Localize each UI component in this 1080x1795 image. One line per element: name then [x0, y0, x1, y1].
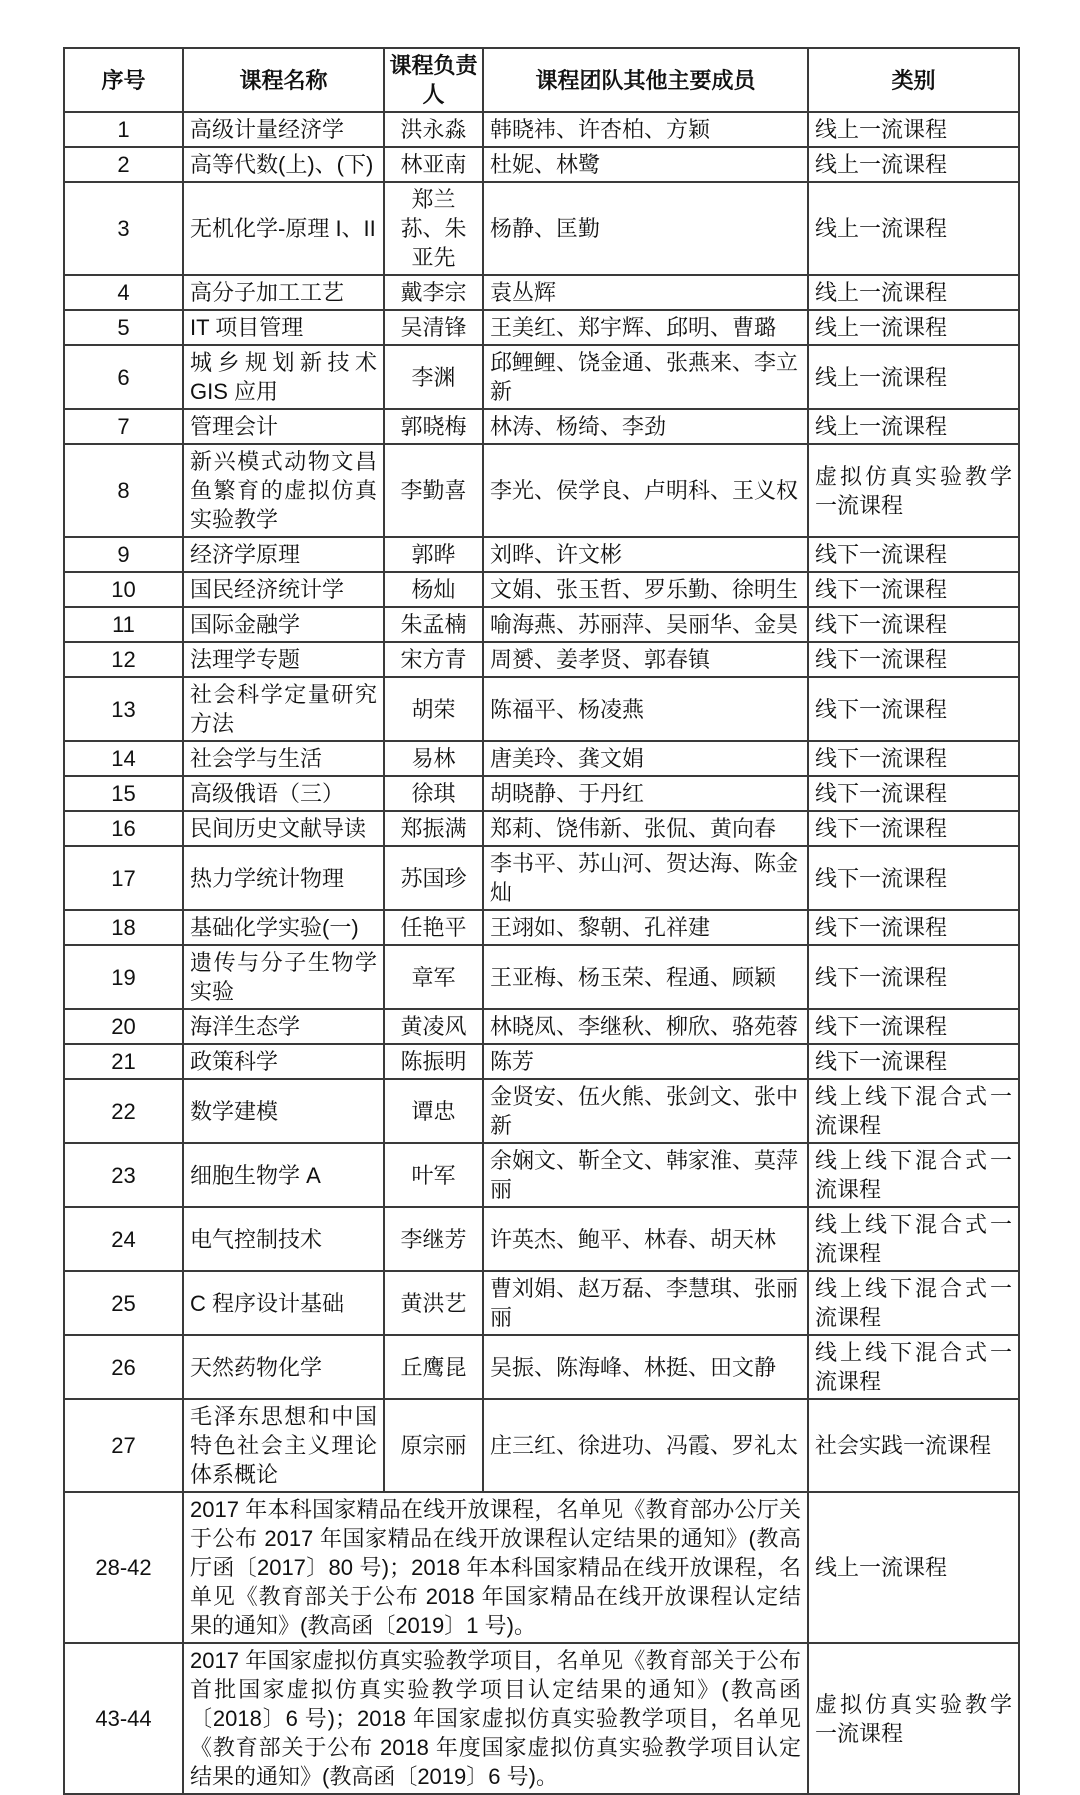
members-cell: 曹刘娟、赵万磊、李慧琪、张丽丽 [483, 1271, 808, 1335]
members-cell: 杜妮、林鹭 [483, 147, 808, 182]
seq-cell: 19 [64, 945, 183, 1009]
category-cell: 线上一流课程 [808, 1492, 1019, 1643]
leader-cell: 陈振明 [384, 1044, 483, 1079]
course-name-cell: 社会科学定量研究方法 [183, 677, 384, 741]
members-cell: 林晓凤、李继秋、柳欣、骆苑蓉 [483, 1009, 808, 1044]
leader-cell: 胡荣 [384, 677, 483, 741]
seq-cell: 23 [64, 1143, 183, 1207]
table-row: 10 国民经济统计学 杨灿 文娟、张玉哲、罗乐勤、徐明生 线下一流课程 [64, 572, 1019, 607]
members-cell: 王亚梅、杨玉荣、程通、顾颖 [483, 945, 808, 1009]
table-row: 27 毛泽东思想和中国特色社会主义理论体系概论 原宗丽 庄三红、徐进功、冯霞、罗… [64, 1399, 1019, 1492]
leader-cell: 原宗丽 [384, 1399, 483, 1492]
course-name-cell: 管理会计 [183, 409, 384, 444]
leader-cell: 易林 [384, 741, 483, 776]
table-row: 7 管理会计 郭晓梅 林涛、杨绮、李劲 线上一流课程 [64, 409, 1019, 444]
table-row: 5 IT 项目管理 吴清锋 王美红、郑宇辉、邱明、曹璐 线上一流课程 [64, 310, 1019, 345]
header-course-name: 课程名称 [183, 48, 384, 112]
course-name-cell: 遗传与分子生物学实验 [183, 945, 384, 1009]
course-name-cell: 新兴模式动物文昌鱼繁育的虚拟仿真实验教学 [183, 444, 384, 537]
table-row: 2 高等代数(上)、(下) 林亚南 杜妮、林鹭 线上一流课程 [64, 147, 1019, 182]
members-cell: 杨静、匡勤 [483, 182, 808, 275]
seq-cell: 6 [64, 345, 183, 409]
header-leader: 课程负责人 [384, 48, 483, 112]
leader-cell: 吴清锋 [384, 310, 483, 345]
seq-cell: 2 [64, 147, 183, 182]
category-cell: 线上一流课程 [808, 345, 1019, 409]
seq-cell: 8 [64, 444, 183, 537]
category-cell: 线下一流课程 [808, 776, 1019, 811]
members-cell: 金贤安、伍火熊、张剑文、张中新 [483, 1079, 808, 1143]
seq-cell: 3 [64, 182, 183, 275]
course-name-cell: 高等代数(上)、(下) [183, 147, 384, 182]
course-name-cell: 经济学原理 [183, 537, 384, 572]
seq-cell: 10 [64, 572, 183, 607]
table-row: 15 高级俄语（三） 徐琪 胡晓静、于丹红 线下一流课程 [64, 776, 1019, 811]
course-name-cell: 高级俄语（三） [183, 776, 384, 811]
summary-text-cell: 2017 年国家虚拟仿真实验教学项目，名单见《教育部关于公布首批国家虚拟仿真实验… [183, 1643, 808, 1794]
table-row: 18 基础化学实验(一) 任艳平 王翊如、黎朝、孔祥建 线下一流课程 [64, 910, 1019, 945]
table-row: 1 高级计量经济学 洪永淼 韩晓祎、许杏柏、方颖 线上一流课程 [64, 112, 1019, 147]
members-cell: 刘晔、许文彬 [483, 537, 808, 572]
table-row: 25 C 程序设计基础 黄洪艺 曹刘娟、赵万磊、李慧琪、张丽丽 线上线下混合式一… [64, 1271, 1019, 1335]
category-cell: 线下一流课程 [808, 741, 1019, 776]
leader-cell: 林亚南 [384, 147, 483, 182]
seq-cell: 15 [64, 776, 183, 811]
category-cell: 线上线下混合式一流课程 [808, 1207, 1019, 1271]
members-cell: 余娴文、靳全文、韩家淮、莫萍丽 [483, 1143, 808, 1207]
seq-cell: 43-44 [64, 1643, 183, 1794]
category-cell: 线上一流课程 [808, 409, 1019, 444]
leader-cell: 郭晔 [384, 537, 483, 572]
category-cell: 线下一流课程 [808, 1044, 1019, 1079]
header-category: 类别 [808, 48, 1019, 112]
members-cell: 王美红、郑宇辉、邱明、曹璐 [483, 310, 808, 345]
seq-cell: 21 [64, 1044, 183, 1079]
members-cell: 庄三红、徐进功、冯霞、罗礼太 [483, 1399, 808, 1492]
seq-cell: 4 [64, 275, 183, 310]
category-cell: 线下一流课程 [808, 537, 1019, 572]
course-name-cell: 法理学专题 [183, 642, 384, 677]
seq-cell: 12 [64, 642, 183, 677]
header-no: 序号 [64, 48, 183, 112]
seq-cell: 28-42 [64, 1492, 183, 1643]
table-row: 20 海洋生态学 黄凌风 林晓凤、李继秋、柳欣、骆苑蓉 线下一流课程 [64, 1009, 1019, 1044]
course-name-cell: 高级计量经济学 [183, 112, 384, 147]
seq-cell: 25 [64, 1271, 183, 1335]
course-name-cell: 细胞生物学 A [183, 1143, 384, 1207]
seq-cell: 27 [64, 1399, 183, 1492]
category-cell: 线下一流课程 [808, 945, 1019, 1009]
category-cell: 线上一流课程 [808, 182, 1019, 275]
category-cell: 线下一流课程 [808, 910, 1019, 945]
table-row: 12 法理学专题 宋方青 周赟、姜孝贤、郭春镇 线下一流课程 [64, 642, 1019, 677]
seq-cell: 1 [64, 112, 183, 147]
members-cell: 邱鲤鲤、饶金通、张燕来、李立新 [483, 345, 808, 409]
table-row: 13 社会科学定量研究方法 胡荣 陈福平、杨凌燕 线下一流课程 [64, 677, 1019, 741]
seq-cell: 11 [64, 607, 183, 642]
leader-cell: 谭忠 [384, 1079, 483, 1143]
category-cell: 线上线下混合式一流课程 [808, 1335, 1019, 1399]
category-cell: 社会实践一流课程 [808, 1399, 1019, 1492]
table-row-summary: 28-42 2017 年本科国家精品在线开放课程，名单见《教育部办公厅关于公布 … [64, 1492, 1019, 1643]
course-name-cell: 海洋生态学 [183, 1009, 384, 1044]
table-row: 21 政策科学 陈振明 陈芳 线下一流课程 [64, 1044, 1019, 1079]
seq-cell: 22 [64, 1079, 183, 1143]
leader-cell: 郑振满 [384, 811, 483, 846]
header-row: 序号 课程名称 课程负责人 课程团队其他主要成员 类别 [64, 48, 1019, 112]
leader-cell: 黄凌风 [384, 1009, 483, 1044]
table-row: 26 天然药物化学 丘鹰昆 吴振、陈海峰、林挺、田文静 线上线下混合式一流课程 [64, 1335, 1019, 1399]
table-row: 6 城乡规划新技术 GIS 应用 李渊 邱鲤鲤、饶金通、张燕来、李立新 线上一流… [64, 345, 1019, 409]
course-name-cell: 无机化学-原理 I、II [183, 182, 384, 275]
members-cell: 吴振、陈海峰、林挺、田文静 [483, 1335, 808, 1399]
category-cell: 线下一流课程 [808, 677, 1019, 741]
members-cell: 喻海燕、苏丽萍、吴丽华、金昊 [483, 607, 808, 642]
seq-cell: 14 [64, 741, 183, 776]
table-row: 23 细胞生物学 A 叶军 余娴文、靳全文、韩家淮、莫萍丽 线上线下混合式一流课… [64, 1143, 1019, 1207]
seq-cell: 9 [64, 537, 183, 572]
leader-cell: 宋方青 [384, 642, 483, 677]
members-cell: 韩晓祎、许杏柏、方颖 [483, 112, 808, 147]
members-cell: 王翊如、黎朝、孔祥建 [483, 910, 808, 945]
members-cell: 袁丛辉 [483, 275, 808, 310]
course-name-cell: 数学建模 [183, 1079, 384, 1143]
seq-cell: 26 [64, 1335, 183, 1399]
table-row: 17 热力学统计物理 苏国珍 李书平、苏山河、贺达海、陈金灿 线下一流课程 [64, 846, 1019, 910]
table-row-summary: 43-44 2017 年国家虚拟仿真实验教学项目，名单见《教育部关于公布首批国家… [64, 1643, 1019, 1794]
header-members: 课程团队其他主要成员 [483, 48, 808, 112]
summary-text-cell: 2017 年本科国家精品在线开放课程，名单见《教育部办公厅关于公布 2017 年… [183, 1492, 808, 1643]
category-cell: 线下一流课程 [808, 1009, 1019, 1044]
seq-cell: 20 [64, 1009, 183, 1044]
members-cell: 许英杰、鲍平、林春、胡天林 [483, 1207, 808, 1271]
leader-cell: 李渊 [384, 345, 483, 409]
members-cell: 文娟、张玉哲、罗乐勤、徐明生 [483, 572, 808, 607]
seq-cell: 7 [64, 409, 183, 444]
members-cell: 林涛、杨绮、李劲 [483, 409, 808, 444]
seq-cell: 13 [64, 677, 183, 741]
leader-cell: 李勤喜 [384, 444, 483, 537]
category-cell: 线下一流课程 [808, 811, 1019, 846]
category-cell: 线上一流课程 [808, 147, 1019, 182]
table-row: 24 电气控制技术 李继芳 许英杰、鲍平、林春、胡天林 线上线下混合式一流课程 [64, 1207, 1019, 1271]
leader-cell: 章军 [384, 945, 483, 1009]
table-row: 8 新兴模式动物文昌鱼繁育的虚拟仿真实验教学 李勤喜 李光、侯学良、卢明科、王义… [64, 444, 1019, 537]
table-row: 19 遗传与分子生物学实验 章军 王亚梅、杨玉荣、程通、顾颖 线下一流课程 [64, 945, 1019, 1009]
seq-cell: 16 [64, 811, 183, 846]
table-row: 4 高分子加工工艺 戴李宗 袁丛辉 线上一流课程 [64, 275, 1019, 310]
category-cell: 线下一流课程 [808, 607, 1019, 642]
members-cell: 陈芳 [483, 1044, 808, 1079]
leader-cell: 丘鹰昆 [384, 1335, 483, 1399]
members-cell: 李光、侯学良、卢明科、王义权 [483, 444, 808, 537]
course-name-cell: 国民经济统计学 [183, 572, 384, 607]
leader-cell: 叶军 [384, 1143, 483, 1207]
seq-cell: 5 [64, 310, 183, 345]
seq-cell: 18 [64, 910, 183, 945]
category-cell: 虚拟仿真实验教学一流课程 [808, 1643, 1019, 1794]
course-name-cell: 热力学统计物理 [183, 846, 384, 910]
course-name-cell: 基础化学实验(一) [183, 910, 384, 945]
course-name-cell: C 程序设计基础 [183, 1271, 384, 1335]
members-cell: 陈福平、杨凌燕 [483, 677, 808, 741]
course-name-cell: 城乡规划新技术 GIS 应用 [183, 345, 384, 409]
courses-table: 序号 课程名称 课程负责人 课程团队其他主要成员 类别 1 高级计量经济学 洪永… [63, 47, 1020, 1795]
table-row: 16 民间历史文献导读 郑振满 郑莉、饶伟新、张侃、黄向春 线下一流课程 [64, 811, 1019, 846]
leader-cell: 郭晓梅 [384, 409, 483, 444]
category-cell: 线上线下混合式一流课程 [808, 1079, 1019, 1143]
category-cell: 虚拟仿真实验教学一流课程 [808, 444, 1019, 537]
course-name-cell: 国际金融学 [183, 607, 384, 642]
category-cell: 线上一流课程 [808, 310, 1019, 345]
course-name-cell: 民间历史文献导读 [183, 811, 384, 846]
table-row: 11 国际金融学 朱孟楠 喻海燕、苏丽萍、吴丽华、金昊 线下一流课程 [64, 607, 1019, 642]
course-name-cell: 电气控制技术 [183, 1207, 384, 1271]
course-name-cell: IT 项目管理 [183, 310, 384, 345]
leader-cell: 郑兰荪、朱亚先 [384, 182, 483, 275]
category-cell: 线上线下混合式一流课程 [808, 1271, 1019, 1335]
table-row: 3 无机化学-原理 I、II 郑兰荪、朱亚先 杨静、匡勤 线上一流课程 [64, 182, 1019, 275]
table-row: 14 社会学与生活 易林 唐美玲、龚文娟 线下一流课程 [64, 741, 1019, 776]
leader-cell: 朱孟楠 [384, 607, 483, 642]
leader-cell: 徐琪 [384, 776, 483, 811]
leader-cell: 黄洪艺 [384, 1271, 483, 1335]
members-cell: 李书平、苏山河、贺达海、陈金灿 [483, 846, 808, 910]
category-cell: 线上一流课程 [808, 112, 1019, 147]
page: 序号 课程名称 课程负责人 课程团队其他主要成员 类别 1 高级计量经济学 洪永… [0, 0, 1080, 1786]
leader-cell: 任艳平 [384, 910, 483, 945]
leader-cell: 戴李宗 [384, 275, 483, 310]
members-cell: 郑莉、饶伟新、张侃、黄向春 [483, 811, 808, 846]
category-cell: 线上线下混合式一流课程 [808, 1143, 1019, 1207]
leader-cell: 李继芳 [384, 1207, 483, 1271]
category-cell: 线下一流课程 [808, 572, 1019, 607]
course-name-cell: 毛泽东思想和中国特色社会主义理论体系概论 [183, 1399, 384, 1492]
members-cell: 周赟、姜孝贤、郭春镇 [483, 642, 808, 677]
course-name-cell: 政策科学 [183, 1044, 384, 1079]
members-cell: 唐美玲、龚文娟 [483, 741, 808, 776]
seq-cell: 24 [64, 1207, 183, 1271]
category-cell: 线下一流课程 [808, 642, 1019, 677]
leader-cell: 杨灿 [384, 572, 483, 607]
category-cell: 线下一流课程 [808, 846, 1019, 910]
seq-cell: 17 [64, 846, 183, 910]
table-row: 9 经济学原理 郭晔 刘晔、许文彬 线下一流课程 [64, 537, 1019, 572]
leader-cell: 苏国珍 [384, 846, 483, 910]
course-name-cell: 社会学与生活 [183, 741, 384, 776]
category-cell: 线上一流课程 [808, 275, 1019, 310]
table-row: 22 数学建模 谭忠 金贤安、伍火熊、张剑文、张中新 线上线下混合式一流课程 [64, 1079, 1019, 1143]
course-name-cell: 天然药物化学 [183, 1335, 384, 1399]
leader-cell: 洪永淼 [384, 112, 483, 147]
members-cell: 胡晓静、于丹红 [483, 776, 808, 811]
course-name-cell: 高分子加工工艺 [183, 275, 384, 310]
